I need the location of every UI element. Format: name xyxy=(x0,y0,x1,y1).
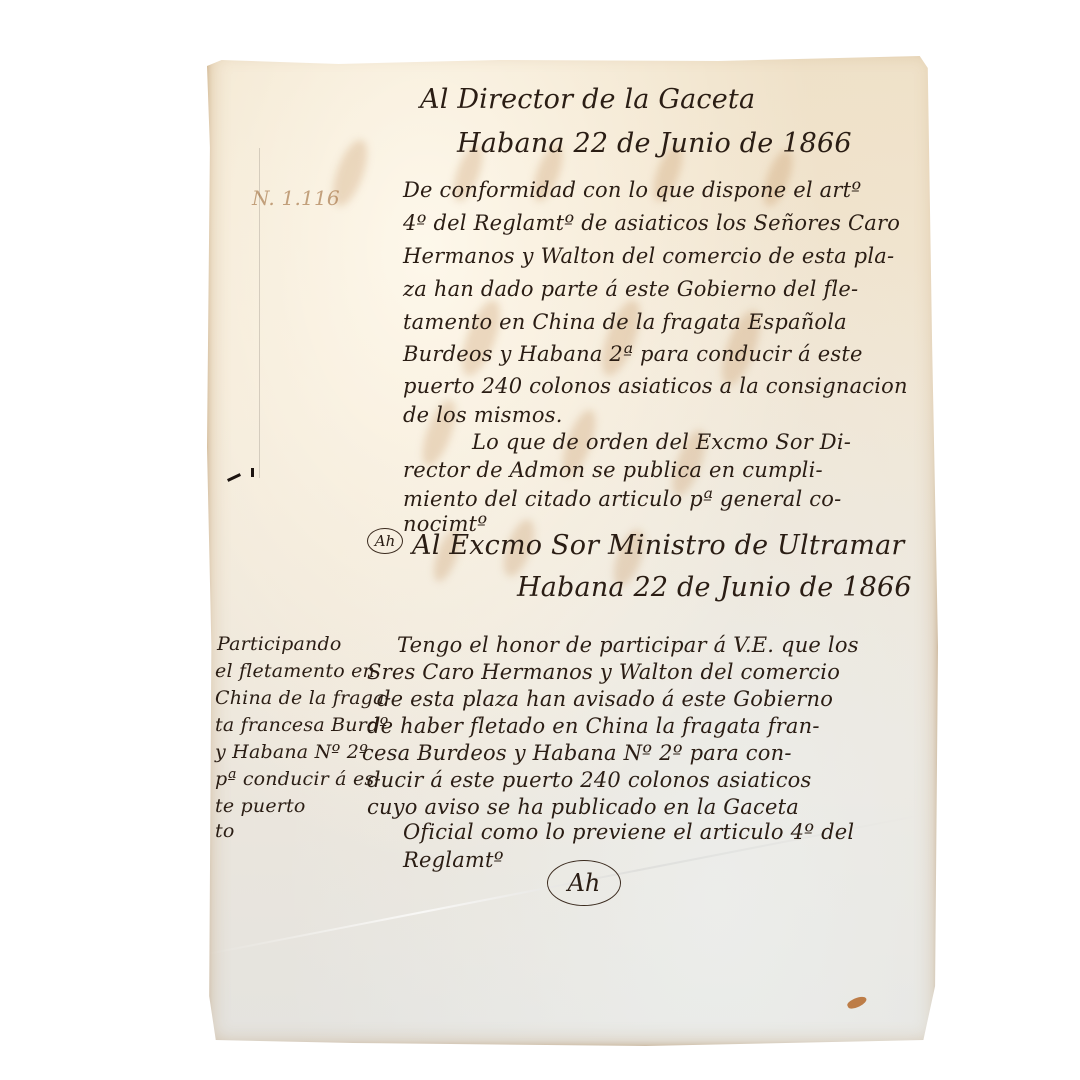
entry1-addressee: Al Director de la Gaceta xyxy=(420,84,755,115)
entry1-body-line: puerto 240 colonos asiaticos a la consig… xyxy=(403,374,908,398)
margin-note-line: y Habana Nº 2º xyxy=(215,741,368,763)
ink-bleed-stain xyxy=(594,296,648,381)
entry2-place-date: Habana 22 de Junio de 1866 xyxy=(517,572,912,603)
rubric-initials: Ah xyxy=(568,869,601,897)
margin-note-line: pª conducir á es- xyxy=(215,768,381,790)
entry1-place-date: Habana 22 de Junio de 1866 xyxy=(457,128,852,159)
entry2-body-line: Reglamtº xyxy=(403,848,504,872)
entry2-signature-rubric: Ah xyxy=(547,860,621,906)
entry1-closing-line: miento del citado articulo pª general co… xyxy=(403,487,841,511)
ink-bleed-stain xyxy=(454,296,508,381)
entry2-body-line: de esta plaza han avisado á este Gobiern… xyxy=(377,687,833,711)
entry2-body-line: Sres Caro Hermanos y Walton del comercio xyxy=(367,660,840,684)
margin-note-line: el fletamento en xyxy=(215,660,375,682)
margin-note-line: ta francesa Burdº xyxy=(215,714,388,736)
margin-note-line: China de la fraga- xyxy=(215,687,391,709)
entry1-body-line: De conformidad con lo que dispone el art… xyxy=(403,178,861,202)
entry2-body-line: Tengo el honor de participar á V.E. que … xyxy=(397,633,859,657)
entry1-closing-line: Lo que de orden del Excmo Sor Di- xyxy=(472,430,851,454)
margin-note-line: to xyxy=(215,820,234,842)
entry1-body-line: Burdeos y Habana 2ª para conducir á este xyxy=(403,342,863,366)
entry1-body-line: de los mismos. xyxy=(403,403,563,427)
margin-note-line: te puerto xyxy=(215,795,306,817)
paper-tear-mark xyxy=(251,468,254,477)
entry2-body-line: de haber fletado en China la fragata fra… xyxy=(367,714,820,738)
entry2-body-line: cuyo aviso se ha publicado en la Gaceta xyxy=(367,795,799,819)
faded-margin-mark: N. 1.116 xyxy=(252,186,340,210)
entry2-body-line: Oficial como lo previene el articulo 4º … xyxy=(403,820,854,844)
entry2-left-rubric: Ah xyxy=(367,528,403,554)
margin-note-line: Participando xyxy=(217,633,342,655)
entry2-addressee: Al Excmo Sor Ministro de Ultramar xyxy=(412,530,905,561)
page-background: N. 1.116 Al Director de la Gaceta Habana… xyxy=(0,0,1080,1080)
entry2-body-line: ducir á este puerto 240 colonos asiatico… xyxy=(367,768,812,792)
entry1-closing-line: rector de Admon se publica en cumpli- xyxy=(403,458,823,482)
paper-tear-mark xyxy=(227,473,241,482)
entry2-body-line: cesa Burdeos y Habana Nº 2º para con- xyxy=(362,741,792,765)
rust-spot xyxy=(846,994,868,1011)
rubric-initials: Ah xyxy=(375,532,396,550)
entry1-body-line: 4º del Reglamtº de asiaticos los Señores… xyxy=(403,211,900,235)
entry1-body-line: Hermanos y Walton del comercio de esta p… xyxy=(403,244,894,268)
entry1-body-line: za han dado parte á este Gobierno del fl… xyxy=(403,277,858,301)
manuscript-sheet: N. 1.116 Al Director de la Gaceta Habana… xyxy=(207,48,938,1046)
entry1-body-line: tamento en China de la fragata Española xyxy=(403,310,847,334)
